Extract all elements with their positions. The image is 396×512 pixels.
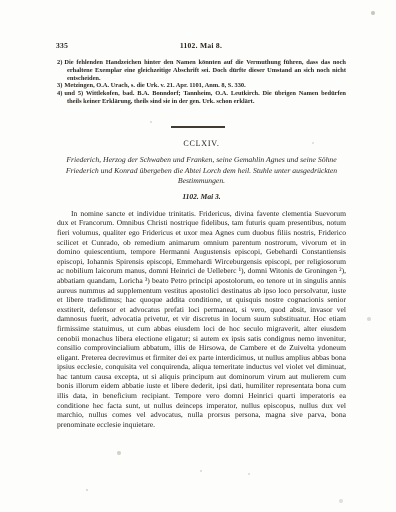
running-head-row: 335 1102. Mai 8. <box>56 41 346 51</box>
page-number: 335 <box>56 41 68 50</box>
charter-number: CCLXIV. <box>57 139 346 148</box>
running-head-date: 1102. Mai 8. <box>56 41 346 50</box>
footnote-text: Metzingen, O.A. Urach, s. die Urk. v. 21… <box>64 82 245 89</box>
section-divider <box>171 126 225 128</box>
charter-body-text: In nomine sancte et individue trinitatis… <box>57 209 346 430</box>
footnote-text: Die fehlenden Handzeichen hinter den Nam… <box>64 59 346 82</box>
footnote: 3)Metzingen, O.A. Urach, s. die Urk. v. … <box>57 82 346 90</box>
charter-block: CCLXIV. Friederich, Herzog der Schwaben … <box>57 139 346 429</box>
footnote-marker: 4) <box>57 90 62 97</box>
footnotes-block: 2)Die fehlenden Handzeichen hinter den N… <box>57 59 346 106</box>
footnote-marker: 3) <box>57 82 62 89</box>
book-page: 335 1102. Mai 8. 2)Die fehlenden Handzei… <box>0 0 396 512</box>
charter-title: Friederich, Herzog der Schwaben und Fran… <box>61 155 342 187</box>
footnote: 2)Die fehlenden Handzeichen hinter den N… <box>57 59 346 82</box>
scan-speck-dots <box>0 0 2 2</box>
footnote: 4)und 5) Wittlekofen, bad. B.A. Bonndorf… <box>57 90 346 106</box>
charter-date: 1102. Mai 3. <box>57 192 346 201</box>
footnote-marker: 2) <box>57 59 62 66</box>
footnote-text: und 5) Wittlekofen, bad. B.A. Bonndorf; … <box>64 90 346 105</box>
